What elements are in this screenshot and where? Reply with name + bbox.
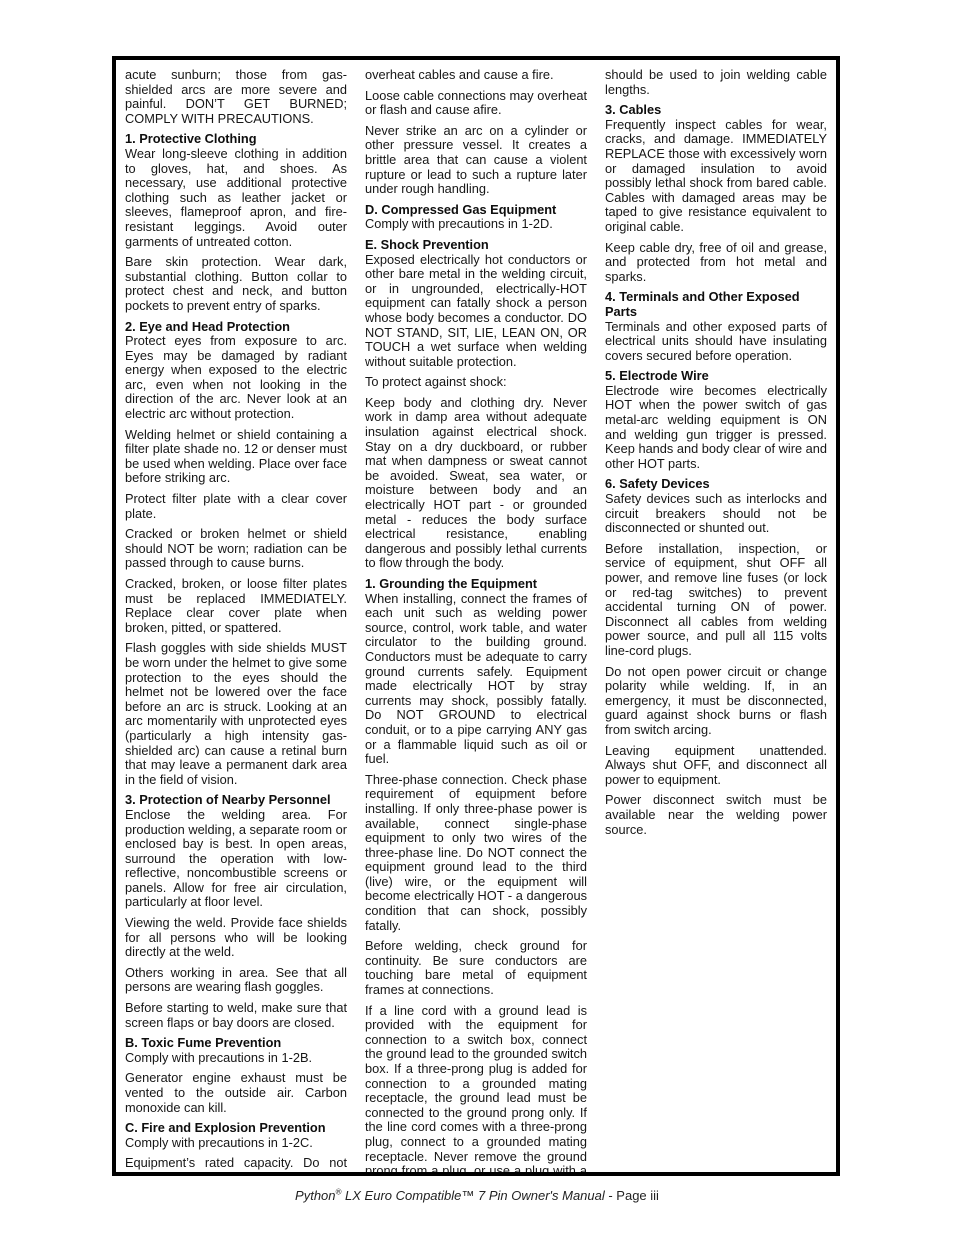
paragraph: Never strike an arc on a cylinder or oth…	[365, 124, 587, 197]
paragraph: If a line cord with a ground lead is pro…	[365, 1004, 587, 1176]
section-heading: E. Shock Prevention	[365, 238, 587, 253]
paragraph: Terminals and other exposed parts of ele…	[605, 320, 827, 364]
paragraph: Electrode wire becomes electrically HOT …	[605, 384, 827, 472]
paragraph: Exposed electrically hot conductors or o…	[365, 253, 587, 370]
section-heading: B. Toxic Fume Prevention	[125, 1036, 347, 1051]
manual-title: Python® LX Euro Compatible™ 7 Pin Owner'…	[295, 1188, 605, 1203]
paragraph: Do not open power circuit or change pola…	[605, 665, 827, 738]
paragraph: Bare skin protection. Wear dark, substan…	[125, 255, 347, 313]
section-heading: 1. Grounding the Equipment	[365, 577, 587, 592]
paragraph: Enclose the welding area. For production…	[125, 808, 347, 910]
paragraph: should be used to join welding cable len…	[605, 68, 827, 97]
paragraph: overheat cables and cause a fire.	[365, 68, 587, 83]
paragraph: Loose cable connections may overheat or …	[365, 89, 587, 118]
paragraph: Comply with precautions in 1-2B.	[125, 1051, 347, 1066]
paragraph: Protect eyes from exposure to arc. Eyes …	[125, 334, 347, 422]
brand-name: Python	[295, 1188, 335, 1203]
paragraph: Generator engine exhaust must be vented …	[125, 1071, 347, 1115]
paragraph: Keep body and clothing dry. Never work i…	[365, 396, 587, 571]
paragraph: Comply with precautions in 1-2C.	[125, 1136, 347, 1151]
paragraph: Keep cable dry, free of oil and grease, …	[605, 241, 827, 285]
text-column-1: acute sunburn; those from gas-shielded a…	[125, 68, 347, 1172]
paragraph: Three-phase connection. Check phase requ…	[365, 773, 587, 934]
page-border-frame: acute sunburn; those from gas-shielded a…	[112, 56, 840, 1176]
paragraph: Safety devices such as interlocks and ci…	[605, 492, 827, 536]
manual-title-rest: LX Euro Compatible™ 7 Pin Owner's Manual	[341, 1188, 604, 1203]
section-heading: C. Fire and Explosion Prevention	[125, 1121, 347, 1136]
paragraph: Power disconnect switch must be availabl…	[605, 793, 827, 837]
paragraph: To protect against shock:	[365, 375, 587, 390]
section-heading: 5. Electrode Wire	[605, 369, 827, 384]
paragraph: Before starting to weld, make sure that …	[125, 1001, 347, 1030]
paragraph: Protect filter plate with a clear cover …	[125, 492, 347, 521]
paragraph: Before installation, inspection, or serv…	[605, 542, 827, 659]
paragraph: acute sunburn; those from gas-shielded a…	[125, 68, 347, 126]
paragraph: Frequently inspect cables for wear, crac…	[605, 118, 827, 235]
page-number: - Page iii	[605, 1188, 659, 1203]
paragraph: Welding helmet or shield containing a fi…	[125, 428, 347, 486]
section-heading: 2. Eye and Head Protection	[125, 320, 347, 335]
paragraph: Cracked, broken, or loose filter plates …	[125, 577, 347, 635]
paragraph: Equipment’s rated capacity. Do not overl…	[125, 1156, 347, 1176]
paragraph: Before welding, check ground for continu…	[365, 939, 587, 997]
paragraph: Wear long-sleeve clothing in addition to…	[125, 147, 347, 249]
section-heading: 1. Protective Clothing	[125, 132, 347, 147]
paragraph: Viewing the weld. Provide face shields f…	[125, 916, 347, 960]
section-heading: 4. Terminals and Other Exposed Parts	[605, 290, 827, 319]
text-column-2: overheat cables and cause a fire.Loose c…	[365, 68, 587, 1172]
paragraph: When installing, connect the frames of e…	[365, 592, 587, 767]
paragraph: Flash goggles with side shields MUST be …	[125, 641, 347, 787]
paragraph: Others working in area. See that all per…	[125, 966, 347, 995]
page-footer: Python® LX Euro Compatible™ 7 Pin Owner'…	[0, 1188, 954, 1203]
section-heading: D. Compressed Gas Equipment	[365, 203, 587, 218]
paragraph: Comply with precautions in 1-2D.	[365, 217, 587, 232]
text-column-3: should be used to join welding cable len…	[605, 68, 827, 1172]
section-heading: 6. Safety Devices	[605, 477, 827, 492]
section-heading: 3. Cables	[605, 103, 827, 118]
section-heading: 3. Protection of Nearby Personnel	[125, 793, 347, 808]
paragraph: Leaving equipment unattended. Always shu…	[605, 744, 827, 788]
paragraph: Cracked or broken helmet or shield shoul…	[125, 527, 347, 571]
